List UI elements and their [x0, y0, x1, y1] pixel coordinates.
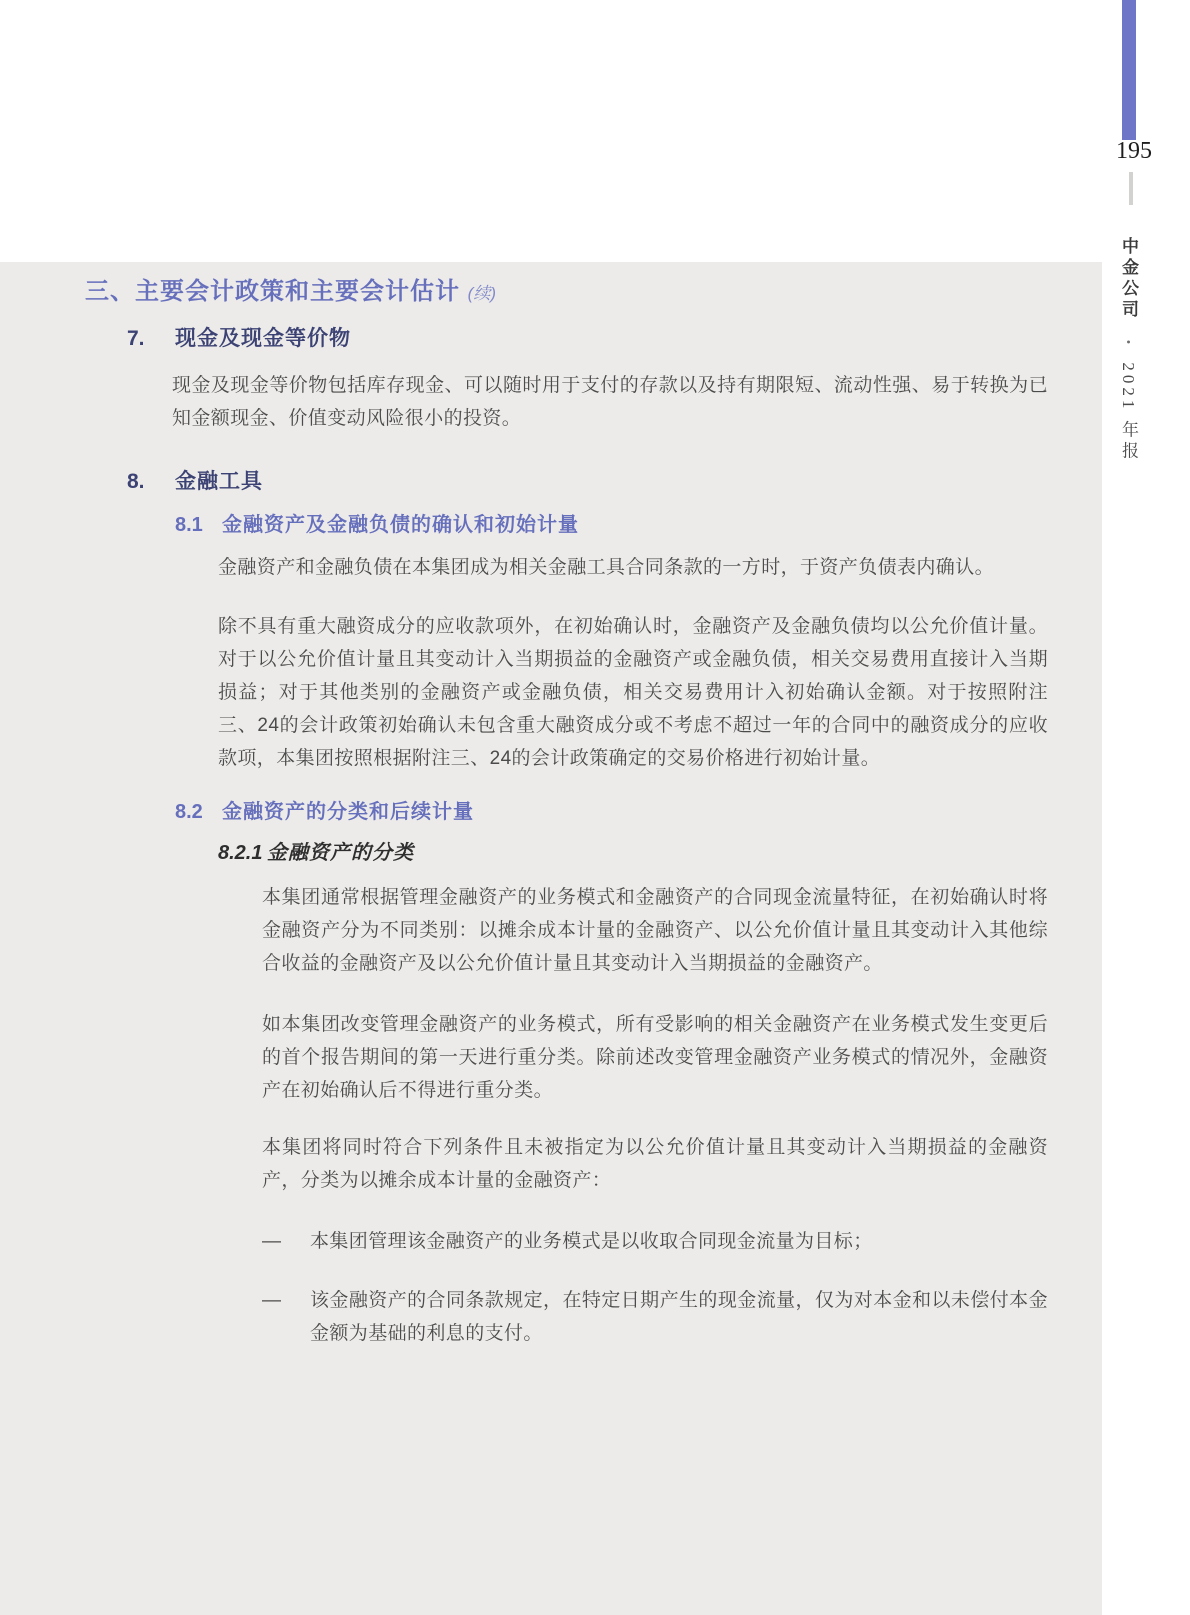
- section-8-2-heading: 8.2 金融资产的分类和后续计量: [175, 799, 1102, 826]
- brand-name: 中金公司: [1119, 237, 1138, 321]
- edition-label: 2021 年报: [1119, 362, 1138, 462]
- section-8-1-paragraph-2: 除不具有重大融资成分的应收款项外，在初始确认时，金融资产及金融负债均以公允价值计…: [218, 610, 1048, 775]
- list-item: — 本集团管理该金融资产的业务模式是以收取合同现金流量为目标；: [262, 1225, 1048, 1258]
- section-8-2-1-number: 8.2.1: [218, 840, 267, 867]
- section-8-2-1-paragraph-3: 本集团将同时符合下列条件且未被指定为以公允价值计量且其变动计入当期损益的金融资产…: [262, 1131, 1048, 1197]
- dash-bullet-marker: —: [262, 1284, 310, 1350]
- section-8-1-number: 8.1: [175, 512, 222, 539]
- section-8-1-title: 金融资产及金融负债的确认和初始计量: [222, 512, 579, 539]
- section-7-title: 现金及现金等价物: [175, 324, 351, 353]
- edition-vertical-caption: 中金公司 • 2021 年报: [1116, 237, 1141, 497]
- page-number: 195: [1104, 138, 1164, 165]
- chapter-number: 三、: [85, 278, 135, 305]
- section-8-2-1-heading: 8.2.1 金融资产的分类: [218, 840, 1102, 867]
- page-number-tick: [1129, 172, 1133, 205]
- list-item-text: 该金融资产的合同条款规定，在特定日期产生的现金流量，仅为对本金和以未偿付本金金额…: [310, 1284, 1048, 1350]
- section-8-number: 8.: [127, 467, 175, 496]
- section-7-number: 7.: [127, 324, 175, 353]
- section-7-heading: 7. 现金及现金等价物: [127, 324, 1102, 353]
- section-8-2-1-paragraph-2: 如本集团改变管理金融资产的业务模式，所有受影响的相关金融资产在业务模式发生变更后…: [262, 1008, 1048, 1107]
- chapter-heading: 三、主要会计政策和主要会计估计 (续): [85, 275, 1102, 310]
- dash-bullet-marker: —: [262, 1225, 310, 1258]
- list-item: — 该金融资产的合同条款规定，在特定日期产生的现金流量，仅为对本金和以未偿付本金…: [262, 1284, 1048, 1350]
- section-8-title: 金融工具: [175, 467, 263, 496]
- section-8-1-paragraph-1: 金融资产和金融负债在本集团成为相关金融工具合同条款的一方时，于资产负债表内确认。: [218, 551, 1048, 584]
- report-page: 195 中金公司 • 2021 年报 三、主要会计政策和主要会计估计 (续) 7…: [0, 0, 1190, 1615]
- section-8-heading: 8. 金融工具: [127, 467, 1102, 496]
- chapter-continued-suffix: (续): [468, 284, 496, 303]
- chapter-title: 主要会计政策和主要会计估计: [135, 278, 460, 305]
- section-8-2-1-title: 金融资产的分类: [267, 840, 414, 867]
- section-8-2-title: 金融资产的分类和后续计量: [222, 799, 474, 826]
- section-8-1-heading: 8.1 金融资产及金融负债的确认和初始计量: [175, 512, 1102, 539]
- section-7-paragraph: 现金及现金等价物包括库存现金、可以随时用于支付的存款以及持有期限短、流动性强、易…: [172, 369, 1048, 435]
- section-8-2-number: 8.2: [175, 799, 222, 826]
- content-panel: 三、主要会计政策和主要会计估计 (续) 7. 现金及现金等价物 现金及现金等价物…: [0, 262, 1102, 1615]
- list-item-text: 本集团管理该金融资产的业务模式是以收取合同现金流量为目标；: [310, 1225, 873, 1258]
- section-8-2-1-paragraph-1: 本集团通常根据管理金融资产的业务模式和金融资产的合同现金流量特征，在初始确认时将…: [262, 881, 1048, 980]
- accent-bar: [1122, 0, 1136, 140]
- separator-dot: •: [1122, 340, 1134, 344]
